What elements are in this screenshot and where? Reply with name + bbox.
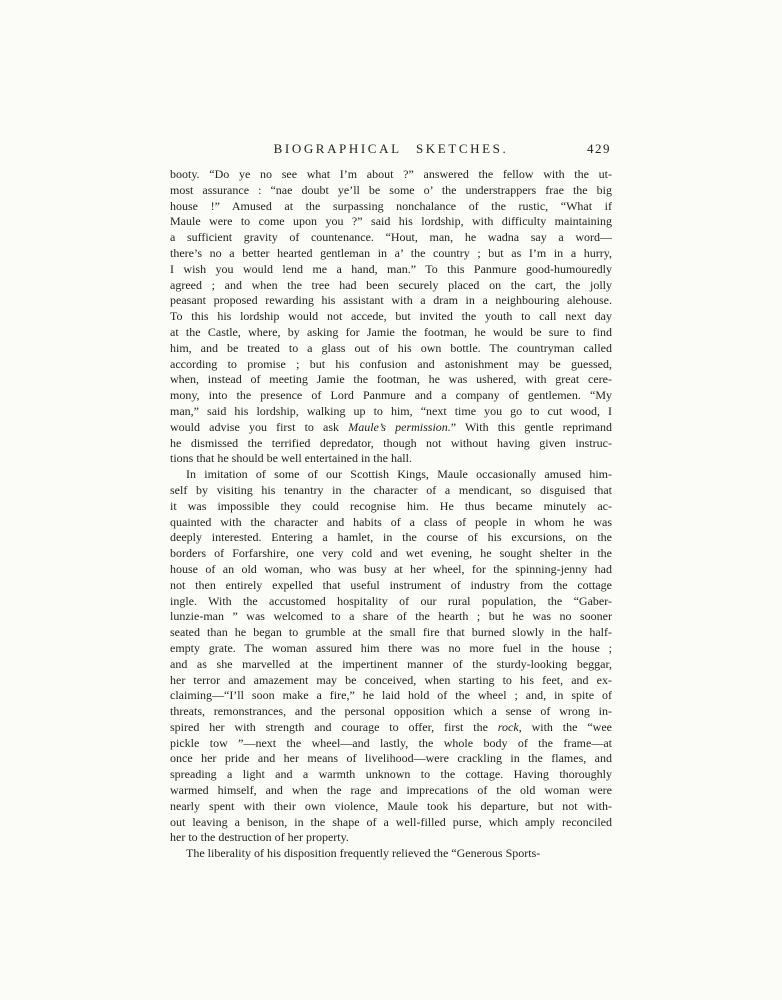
paragraph: In imitation of some of our Scottish Kin… — [170, 467, 612, 846]
paragraph: booty. “Do ye no see what I’m about ?” a… — [170, 167, 612, 467]
text-line: her to the destruction of her property. — [170, 830, 612, 846]
page-title: BIOGRAPHICAL SKETCHES. — [170, 141, 612, 157]
text-line: nearly spent with their own violence, Ma… — [170, 799, 612, 815]
text-line: claiming—“I’ll soon make a fire,” he lai… — [170, 688, 612, 704]
text-line: ingle. With the accustomed hospitality o… — [170, 594, 612, 610]
text-line: In imitation of some of our Scottish Kin… — [170, 467, 612, 483]
book-page-scan: BIOGRAPHICAL SKETCHES. 429 booty. “Do ye… — [0, 0, 782, 1000]
page-number: 429 — [587, 141, 611, 157]
text-line: him, and be treated to a glass out of hi… — [170, 341, 612, 357]
text-line: I wish you would lend me a hand, man.” T… — [170, 262, 612, 278]
text-line: spreading a light and a warmth unknown t… — [170, 767, 612, 783]
text-line: man,” said his lordship, walking up to h… — [170, 404, 612, 420]
text-line: agreed ; and when the tree had been secu… — [170, 278, 612, 294]
text-line: spired her with strength and courage to … — [170, 720, 612, 736]
text-line: booty. “Do ye no see what I’m about ?” a… — [170, 167, 612, 183]
text-line: at the Castle, where, by asking for Jami… — [170, 325, 612, 341]
text-line: most assurance : “nae doubt ye’ll be som… — [170, 183, 612, 199]
paragraph: The liberality of his disposition freque… — [170, 846, 612, 862]
text-column: BIOGRAPHICAL SKETCHES. 429 booty. “Do ye… — [170, 141, 612, 862]
text-line: not then entirely expelled that useful i… — [170, 578, 612, 594]
text-line: house of an old woman, who was busy at h… — [170, 562, 612, 578]
text-line: according to promise ; but his confusion… — [170, 357, 612, 373]
text-line: quainted with the character and habits o… — [170, 515, 612, 531]
text-line: her terror and amazement may be conceive… — [170, 673, 612, 689]
text-line: would advise you first to ask Maule’s pe… — [170, 420, 612, 436]
text-line: it was impossible they could recognise h… — [170, 499, 612, 515]
text-line: out leaving a benison, in the shape of a… — [170, 815, 612, 831]
text-line: threats, remonstrances, and the personal… — [170, 704, 612, 720]
text-line: pickle tow ”—next the wheel—and lastly, … — [170, 736, 612, 752]
page-header: BIOGRAPHICAL SKETCHES. 429 — [170, 141, 612, 167]
text-line: once her pride and her means of liveliho… — [170, 751, 612, 767]
text-line: seated than he began to grumble at the s… — [170, 625, 612, 641]
text-line: he dismissed the terrified depredator, t… — [170, 436, 612, 452]
text-line: deeply interested. Entering a hamlet, in… — [170, 530, 612, 546]
text-line: when, instead of meeting Jamie the footm… — [170, 372, 612, 388]
text-line: there’s no a better hearted gentleman in… — [170, 246, 612, 262]
text-line: borders of Forfarshire, one very cold an… — [170, 546, 612, 562]
text-line: lunzie-man ” was welcomed to a share of … — [170, 609, 612, 625]
text-line: tions that he should be well entertained… — [170, 451, 612, 467]
text-line: peasant proposed rewarding his assistant… — [170, 293, 612, 309]
text-line: mony, into the presence of Lord Panmure … — [170, 388, 612, 404]
text-line: To this his lordship would not accede, b… — [170, 309, 612, 325]
page-body: booty. “Do ye no see what I’m about ?” a… — [170, 167, 612, 862]
text-line: warmed himself, and when the rage and im… — [170, 783, 612, 799]
text-line: house !” Amused at the surpassing noncha… — [170, 199, 612, 215]
text-line: a sufficient gravity of countenance. “Ho… — [170, 230, 612, 246]
text-line: The liberality of his disposition freque… — [170, 846, 612, 862]
text-line: empty grate. The woman assured him there… — [170, 641, 612, 657]
text-line: Maule were to come upon you ?” said his … — [170, 214, 612, 230]
text-line: and as she marvelled at the impertinent … — [170, 657, 612, 673]
text-line: self by visiting his tenantry in the cha… — [170, 483, 612, 499]
